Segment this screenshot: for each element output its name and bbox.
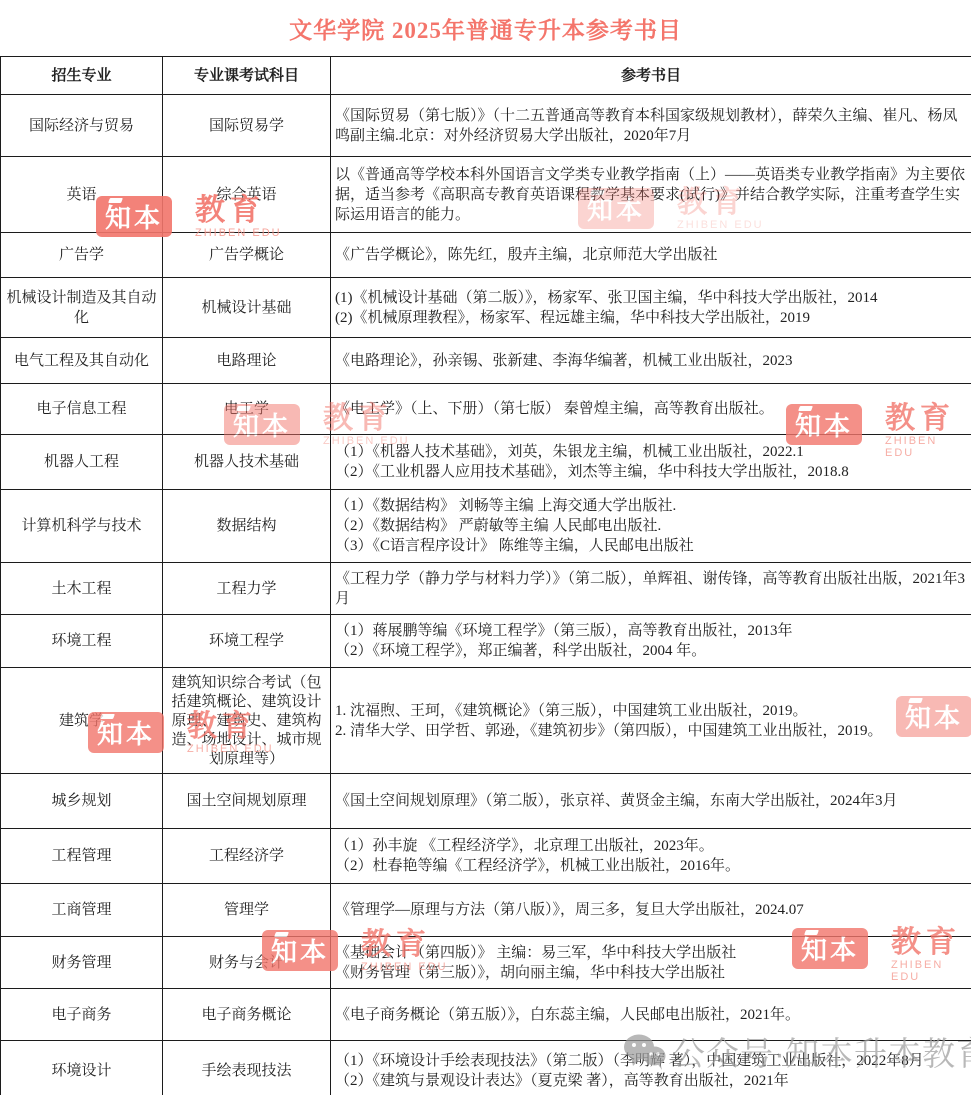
books-cell: 以《普通高等学校本科外国语言文学类专业教学指南（上）——英语类专业教学指南》为主… xyxy=(331,157,971,233)
major-cell: 电子商务 xyxy=(1,989,163,1041)
subject-cell: 广告学概论 xyxy=(163,233,331,278)
table-row: 工程管理 工程经济学 （1）孙丰旋 《工程经济学》，北京理工出版社，2023年。… xyxy=(1,829,971,884)
table-row: 英语 综合英语 以《普通高等学校本科外国语言文学类专业教学指南（上）——英语类专… xyxy=(1,157,971,233)
books-cell: （1）《机器人技术基础》，刘英，朱银龙主编，机械工业出版社，2022.1 （2）… xyxy=(331,435,971,490)
major-cell: 电气工程及其自动化 xyxy=(1,338,163,384)
reference-books-table: 招生专业 专业课考试科目 参考书目 国际经济与贸易 国际贸易学 《国际贸易（第七… xyxy=(0,56,971,1095)
major-cell: 建筑学 xyxy=(1,668,163,774)
books-cell: 《电工学》（上、下册）（第七版） 秦曾煌主编，高等教育出版社。 xyxy=(331,384,971,435)
table-row: 环境设计 手绘表现技法 （1）《环境设计手绘表现技法》（第二版）（李明辉 著），… xyxy=(1,1041,971,1095)
table-row: 电子商务 电子商务概论 《电子商务概论（第五版）》，白东蕊主编，人民邮电出版社，… xyxy=(1,989,971,1041)
table-row: 土木工程 工程力学 《工程力学（静力学与材料力学）》（第二版），单辉祖、谢传锋，… xyxy=(1,563,971,615)
page-title: 文华学院 2025年普通专升本参考书目 xyxy=(289,12,682,45)
books-cell: (1)《机械设计基础（第二版）》，杨家军、张卫国主编，华中科技大学出版社，201… xyxy=(331,278,971,338)
table-row: 环境工程 环境工程学 （1）蒋展鹏等编《环境工程学》（第三版），高等教育出版社，… xyxy=(1,615,971,668)
subject-cell: 国际贸易学 xyxy=(163,95,331,157)
books-cell: 《国土空间规划原理》（第二版），张京祥、黄贤金主编，东南大学出版社，2024年3… xyxy=(331,774,971,829)
major-cell: 工程管理 xyxy=(1,829,163,884)
subject-cell: 工程经济学 xyxy=(163,829,331,884)
table-row: 计算机科学与技术 数据结构 （1）《数据结构》 刘畅等主编 上海交通大学出版社.… xyxy=(1,490,971,563)
subject-cell: 工程力学 xyxy=(163,563,331,615)
subject-cell: 电路理论 xyxy=(163,338,331,384)
table-row: 电气工程及其自动化 电路理论 《电路理论》，孙亲锡、张新建、李海华编著，机械工业… xyxy=(1,338,971,384)
subject-cell: 财务与会计 xyxy=(163,937,331,989)
major-cell: 机器人工程 xyxy=(1,435,163,490)
major-cell: 国际经济与贸易 xyxy=(1,95,163,157)
books-cell: 《电路理论》，孙亲锡、张新建、李海华编著，机械工业出版社，2023 xyxy=(331,338,971,384)
subject-cell: 环境工程学 xyxy=(163,615,331,668)
subject-cell: 建筑知识综合考试（包括建筑概论、建筑设计原理、建筑史、建筑构造、场地设计、城市规… xyxy=(163,668,331,774)
major-cell: 财务管理 xyxy=(1,937,163,989)
subject-cell: 国土空间规划原理 xyxy=(163,774,331,829)
books-cell: 《基础会计（第四版）》 主编：易三军，华中科技大学出版社 《财务管理（第三版）》… xyxy=(331,937,971,989)
books-cell: 《工程力学（静力学与材料力学）》（第二版），单辉祖、谢传锋，高等教育出版社出版，… xyxy=(331,563,971,615)
table-row: 财务管理 财务与会计 《基础会计（第四版）》 主编：易三军，华中科技大学出版社 … xyxy=(1,937,971,989)
table-row: 工商管理 管理学 《管理学—原理与方法（第八版）》，周三多，复旦大学出版社，20… xyxy=(1,884,971,937)
subject-cell: 电工学 xyxy=(163,384,331,435)
books-cell: 《国际贸易（第七版）》（十二五普通高等教育本科国家级规划教材），薛荣久主编、崔凡… xyxy=(331,95,971,157)
subject-cell: 机器人技术基础 xyxy=(163,435,331,490)
major-cell: 城乡规划 xyxy=(1,774,163,829)
subject-cell: 电子商务概论 xyxy=(163,989,331,1041)
table-row: 国际经济与贸易 国际贸易学 《国际贸易（第七版）》（十二五普通高等教育本科国家级… xyxy=(1,95,971,157)
table-row: 机器人工程 机器人技术基础 （1）《机器人技术基础》，刘英，朱银龙主编，机械工业… xyxy=(1,435,971,490)
major-cell: 工商管理 xyxy=(1,884,163,937)
table-row: 广告学 广告学概论 《广告学概论》，陈先红，殷卉主编，北京师范大学出版社 xyxy=(1,233,971,278)
major-cell: 英语 xyxy=(1,157,163,233)
major-cell: 环境设计 xyxy=(1,1041,163,1095)
table-row: 机械设计制造及其自动化 机械设计基础 (1)《机械设计基础（第二版）》，杨家军、… xyxy=(1,278,971,338)
subject-cell: 数据结构 xyxy=(163,490,331,563)
major-cell: 环境工程 xyxy=(1,615,163,668)
major-cell: 电子信息工程 xyxy=(1,384,163,435)
column-header-subject: 专业课考试科目 xyxy=(163,57,331,95)
books-cell: （1）蒋展鹏等编《环境工程学》（第三版），高等教育出版社，2013年 （2）《环… xyxy=(331,615,971,668)
header-row: 招生专业 专业课考试科目 参考书目 xyxy=(1,57,971,95)
books-cell: （1）《数据结构》 刘畅等主编 上海交通大学出版社. （2）《数据结构》 严蔚敏… xyxy=(331,490,971,563)
books-cell: 《管理学—原理与方法（第八版）》，周三多，复旦大学出版社，2024.07 xyxy=(331,884,971,937)
major-cell: 机械设计制造及其自动化 xyxy=(1,278,163,338)
subject-cell: 机械设计基础 xyxy=(163,278,331,338)
major-cell: 计算机科学与技术 xyxy=(1,490,163,563)
books-cell: （1）孙丰旋 《工程经济学》，北京理工出版社，2023年。 （2）杜春艳等编《工… xyxy=(331,829,971,884)
major-cell: 广告学 xyxy=(1,233,163,278)
column-header-books: 参考书目 xyxy=(331,57,971,95)
table-row: 建筑学 建筑知识综合考试（包括建筑概论、建筑设计原理、建筑史、建筑构造、场地设计… xyxy=(1,668,971,774)
document-page: 文华学院 2025年普通专升本参考书目 招生专业 专业课考试科目 参考书目 国际… xyxy=(0,0,971,1095)
title-bar: 文华学院 2025年普通专升本参考书目 xyxy=(0,0,971,56)
books-cell: （1）《环境设计手绘表现技法》（第二版）（李明辉 著），中国建筑工业出版社，20… xyxy=(331,1041,971,1095)
column-header-major: 招生专业 xyxy=(1,57,163,95)
subject-cell: 综合英语 xyxy=(163,157,331,233)
subject-cell: 手绘表现技法 xyxy=(163,1041,331,1095)
major-cell: 土木工程 xyxy=(1,563,163,615)
books-cell: 《电子商务概论（第五版）》，白东蕊主编，人民邮电出版社，2021年。 xyxy=(331,989,971,1041)
table-row: 电子信息工程 电工学 《电工学》（上、下册）（第七版） 秦曾煌主编，高等教育出版… xyxy=(1,384,971,435)
table-row: 城乡规划 国土空间规划原理 《国土空间规划原理》（第二版），张京祥、黄贤金主编，… xyxy=(1,774,971,829)
books-cell: 1. 沈福煦、王珂，《建筑概论》（第三版），中国建筑工业出版社，2019。 2.… xyxy=(331,668,971,774)
books-cell: 《广告学概论》，陈先红，殷卉主编，北京师范大学出版社 xyxy=(331,233,971,278)
subject-cell: 管理学 xyxy=(163,884,331,937)
